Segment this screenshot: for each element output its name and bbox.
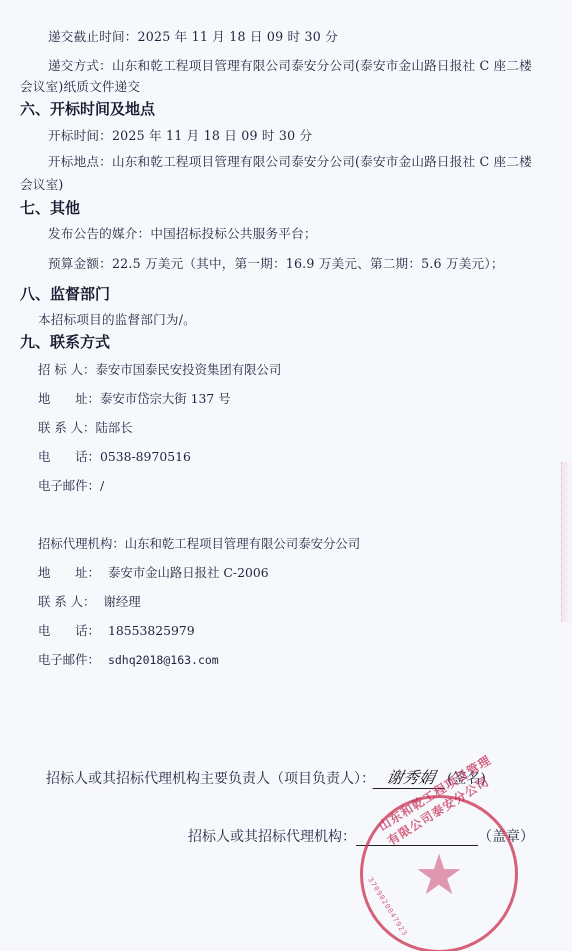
stamp-code: 3709020047923 — [366, 876, 409, 938]
seal-suffix: （盖章） — [478, 829, 534, 845]
field-value: 0538-8970516 — [100, 449, 191, 464]
section6-heading: 六、开标时间及地点 — [20, 98, 155, 119]
field-value: 谢经理 — [103, 594, 140, 609]
section8-heading: 八、监督部门 — [20, 283, 110, 304]
responsible-signature-row: 招标人或其招标代理机构主要负责人（项目负责人）：谢秀娟(签名) — [46, 765, 486, 789]
submission-method-line2: 会议室)纸质文件递交 — [20, 76, 140, 95]
field-label: 联 系 人： — [38, 592, 95, 610]
budget-amount: 预算金额：22.5 万美元（其中，第一期：16.9 万美元、第二期：5.6 万美… — [48, 253, 504, 272]
field-label: 电子邮件： — [38, 476, 100, 494]
field-label: 电 话： — [38, 621, 100, 639]
seal-label: 招标人或其招标代理机构： — [188, 829, 356, 845]
field-label: 电 话： — [38, 447, 100, 465]
field-label: 地 址： — [38, 563, 100, 581]
agency-name-row: 招标代理机构：山东和乾工程项目管理有限公司泰安分公司 — [38, 534, 360, 552]
field-label: 电子邮件： — [38, 650, 100, 668]
section9-heading: 九、联系方式 — [20, 331, 110, 352]
field-label: 招标代理机构： — [38, 534, 125, 552]
agency-phone-row: 电 话：18553825979 — [38, 621, 195, 639]
tenderer-contact-row: 联 系 人：陆部长 — [38, 418, 133, 436]
field-value: / — [100, 478, 104, 493]
field-value: sdhq2018@163.com — [108, 653, 219, 667]
field-value: 18553825979 — [108, 623, 195, 638]
field-label: 地 址： — [38, 389, 100, 407]
tenderer-address-row: 地 址：泰安市岱宗大街 137 号 — [38, 389, 231, 407]
company-seal-stamp: 山东和乾工程项目管理有限公司泰安分公司 ★ 3709020047923 — [360, 795, 518, 951]
opening-place-line2: 会议室) — [20, 174, 64, 193]
agency-email-row: 电子邮件：sdhq2018@163.com — [38, 650, 219, 668]
field-label: 联 系 人： — [38, 418, 95, 436]
tenderer-email-row: 电子邮件：/ — [38, 476, 104, 494]
field-value: 陆部长 — [95, 420, 132, 435]
section7-heading: 七、其他 — [20, 197, 80, 218]
handwritten-signature: 谢秀娟 — [372, 765, 449, 789]
tenderer-name-row: 招 标 人：泰安市国泰民安投资集团有限公司 — [38, 360, 281, 378]
field-value: 泰安市金山路日报社 C-2006 — [108, 565, 269, 580]
document-page: 递交截止时间：2025 年 11 月 18 日 09 时 30 分 递交方式：山… — [0, 0, 572, 951]
field-value: 泰安市岱宗大街 137 号 — [100, 391, 231, 406]
responsible-label: 招标人或其招标代理机构主要负责人（项目负责人）： — [46, 771, 375, 787]
agency-address-row: 地 址：泰安市金山路日报社 C-2006 — [38, 563, 269, 581]
opening-place-line1: 开标地点：山东和乾工程项目管理有限公司泰安分公司(泰安市金山路日报社 C 座二楼 — [48, 151, 532, 170]
agency-contact-row: 联 系 人：谢经理 — [38, 592, 141, 610]
field-value: 山东和乾工程项目管理有限公司泰安分公司 — [125, 536, 360, 551]
seal-row: 招标人或其招标代理机构：（盖章） — [188, 826, 534, 846]
field-label: 招 标 人： — [38, 360, 95, 378]
tenderer-phone-row: 电 话：0538-8970516 — [38, 447, 191, 465]
opening-time: 开标时间：2025 年 11 月 18 日 09 时 30 分 — [48, 125, 312, 144]
sign-suffix: (签名) — [447, 771, 486, 787]
star-icon: ★ — [414, 843, 464, 908]
partial-edge-stamp — [561, 462, 572, 622]
supervision-text: 本招标项目的监督部门为/。 — [38, 309, 196, 328]
submission-method-line1: 递交方式：山东和乾工程项目管理有限公司泰安分公司(泰安市金山路日报社 C 座二楼 — [48, 55, 532, 74]
seal-underline — [356, 831, 478, 846]
submission-deadline: 递交截止时间：2025 年 11 月 18 日 09 时 30 分 — [48, 26, 338, 45]
field-value: 泰安市国泰民安投资集团有限公司 — [95, 362, 281, 377]
publication-media: 发布公告的媒介：中国招标投标公共服务平台； — [48, 223, 317, 242]
